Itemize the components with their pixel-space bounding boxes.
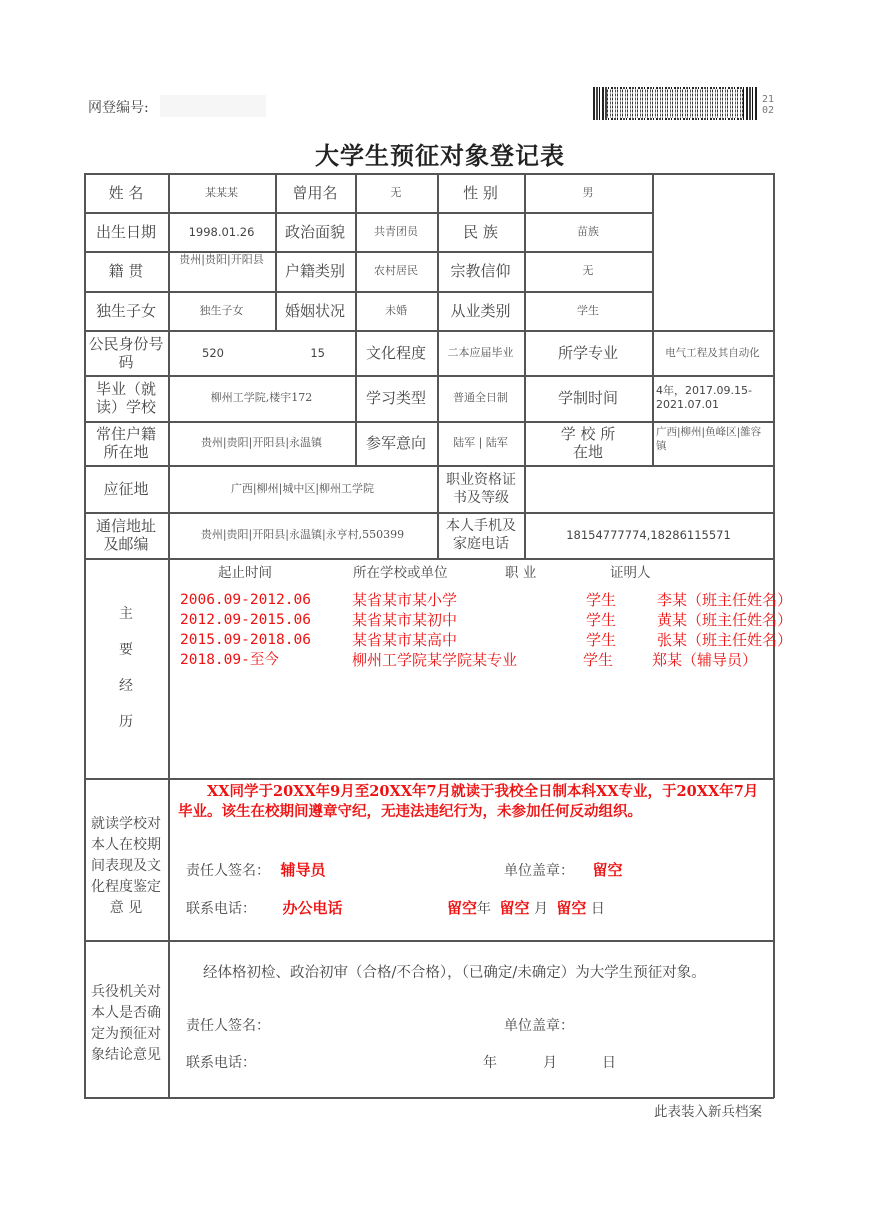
school-month-value: 留空 (499, 899, 529, 917)
school-phone-label: 联系电话： (186, 901, 256, 917)
residence-value: 贵州|贵阳|开阳县|永温镇 (168, 421, 355, 465)
experience-witness: 黄某（班主任姓名） (657, 611, 792, 629)
military-signer-label: 责任人签名： (186, 1015, 270, 1035)
experience-witness: 张某（班主任姓名） (657, 631, 792, 649)
barcode-number-line2: 02 (762, 105, 774, 116)
hukou-type-value: 农村居民 (355, 251, 437, 291)
former-name-value: 无 (355, 173, 437, 212)
study-type-label: 学习类型 (355, 375, 437, 421)
gender-label: 性 别 (437, 173, 524, 212)
hukou-type-label: 户籍类别 (275, 251, 355, 291)
school-month-label: 月 (534, 901, 548, 917)
experience-row: 2018.09-至今 柳州工学院某学院某专业 学生 郑某（辅导员） (0, 651, 880, 669)
residence-label: 常住户籍所在地 (90, 421, 162, 465)
ethnicity-label: 民 族 (437, 212, 524, 251)
ethnicity-value: 苗族 (524, 212, 652, 251)
experience-unit: 柳州工学院某学院某专业 (352, 651, 517, 669)
political-label: 政治面貌 (275, 212, 355, 251)
military-opinion-label: 兵役机关对本人是否确定为预征对象结论意见 (86, 982, 166, 1066)
school-phone-value: 办公电话 (282, 899, 342, 917)
military-opinion-text: 经体格初检、政治初审（合格/不合格），（已确定/未确定）为大学生预征对象。 (203, 961, 706, 982)
experience-unit: 某省某市某初中 (352, 611, 457, 629)
experience-row: 2012.09-2015.06 某省某市某初中 学生 黄某（班主任姓名） (0, 611, 880, 629)
marital-label: 婚姻状况 (275, 291, 355, 330)
school-seal-value: 留空 (592, 861, 622, 879)
enlist-place-value: 广西|柳州|城中区|柳州工学院 (168, 465, 437, 512)
school-day-value: 留空 (556, 899, 586, 917)
military-month-label: 月 (543, 1052, 557, 1072)
experience-job: 学生 (586, 611, 616, 629)
major-value: 电气工程及其自动化 (652, 330, 773, 375)
former-name-label: 曾用名 (275, 173, 355, 212)
school-seal-label: 单位盖章： (504, 863, 574, 879)
political-value: 共青团员 (355, 212, 437, 251)
birth-value: 1998.01.26 (168, 212, 275, 251)
duration-label: 学制时间 (524, 375, 652, 421)
address-value: 贵州|贵阳|开阳县|永温镇|永亨村,550399 (168, 512, 437, 558)
school-date: 留空年 留空 月 留空 日 (447, 897, 605, 918)
school-signer-label: 责任人签名： (186, 863, 270, 879)
occupation-label: 从业类别 (437, 291, 524, 330)
barcode-icon (593, 87, 757, 120)
duration-value: 4年，2017.09.15-2021.07.01 (652, 375, 773, 421)
id-value: 520 15 (168, 330, 355, 375)
name-label: 姓 名 (84, 173, 168, 212)
school-label: 毕业（就读）学校 (90, 375, 162, 421)
education-label: 文化程度 (355, 330, 437, 375)
experience-label-3: 经 (84, 675, 168, 695)
experience-label-4: 历 (84, 711, 168, 731)
school-location-label: 学 校 所在地 (555, 421, 621, 465)
school-phone: 联系电话： 办公电话 (186, 897, 342, 918)
photo-area (652, 173, 773, 330)
gender-value: 男 (524, 173, 652, 212)
experience-period: 2012.09-2015.06 (180, 611, 311, 629)
certificate-label: 职业资格证书及等级 (445, 465, 517, 512)
school-location-value: 广西|柳州|鱼峰区|雒容镇 (652, 421, 773, 465)
experience-period: 2006.09-2012.06 (180, 591, 311, 609)
experience-unit: 某省某市某小学 (352, 591, 457, 609)
experience-header-period: 起止时间 (218, 561, 272, 581)
military-year-label: 年 (483, 1052, 497, 1072)
occupation-value: 学生 (524, 291, 652, 330)
registration-number-label: 网登编号: (88, 97, 149, 117)
intent-value: 陆军 | 陆军 (437, 421, 524, 465)
enlist-place-label: 应征地 (84, 465, 168, 512)
native-place-value: 贵州|贵阳|开阳县 (168, 251, 275, 291)
school-value: 柳州工学院,楼宇172 (168, 375, 355, 421)
school-seal: 单位盖章： 留空 (504, 859, 622, 880)
military-day-label: 日 (602, 1052, 616, 1072)
experience-unit: 某省某市某高中 (352, 631, 457, 649)
id-value-start: 520 (202, 346, 224, 360)
phone-value: 18154777774,18286115571 (524, 512, 773, 558)
only-child-value: 独生子女 (168, 291, 275, 330)
barcode-number: 21 02 (762, 94, 774, 116)
school-day-label: 日 (591, 901, 605, 917)
certificate-value (524, 465, 773, 512)
study-type-value: 普通全日制 (437, 375, 524, 421)
experience-header-unit: 所在学校或单位 (353, 561, 448, 581)
experience-row: 2015.09-2018.06 某省某市某高中 学生 张某（班主任姓名） (0, 631, 880, 649)
religion-value: 无 (524, 251, 652, 291)
marital-value: 未婚 (355, 291, 437, 330)
name-value: 某某某 (168, 173, 275, 212)
address-label: 通信地址及邮编 (90, 512, 162, 558)
school-opinion-text: XX同学于20XX年9月至20XX年7月就读于我校全日制本科XX专业，于20XX… (178, 782, 768, 822)
experience-period: 2015.09-2018.06 (180, 631, 311, 649)
major-label: 所学专业 (524, 330, 652, 375)
experience-header-job: 职 业 (505, 561, 536, 581)
experience-witness: 郑某（辅导员） (652, 651, 757, 669)
military-phone-label: 联系电话： (186, 1052, 256, 1072)
native-place-label: 籍 贯 (84, 251, 168, 291)
school-signer: 责任人签名： 辅导员 (186, 859, 325, 880)
experience-period: 2018.09-至今 (180, 651, 279, 669)
birth-label: 出生日期 (84, 212, 168, 251)
experience-row: 2006.09-2012.06 某省某市某小学 学生 李某（班主任姓名） (0, 591, 880, 609)
only-child-label: 独生子女 (84, 291, 168, 330)
school-signer-value: 辅导员 (280, 861, 325, 879)
intent-label: 参军意向 (355, 421, 437, 465)
registration-number-field[interactable] (160, 95, 266, 117)
school-opinion-label: 就读学校对本人在校期间表现及文化程度鉴定意 见 (86, 814, 166, 919)
experience-job: 学生 (586, 591, 616, 609)
id-label: 公民身份号 码 (88, 330, 164, 375)
footer-note: 此表装入新兵档案 (654, 1100, 762, 1120)
phone-label: 本人手机及家庭电话 (440, 512, 522, 558)
school-year-label: 年 (477, 901, 491, 917)
barcode-number-line1: 21 (762, 94, 774, 105)
religion-label: 宗教信仰 (437, 251, 524, 291)
school-year-value: 留空 (447, 899, 477, 917)
experience-witness: 李某（班主任姓名） (657, 591, 792, 609)
experience-header-witness: 证明人 (610, 561, 651, 581)
military-seal-label: 单位盖章： (504, 1015, 574, 1035)
id-value-end: 15 (310, 346, 325, 360)
page-title: 大学生预征对象登记表 (0, 136, 880, 171)
experience-job: 学生 (583, 651, 613, 669)
education-value: 二本应届毕业 (437, 330, 524, 375)
experience-job: 学生 (586, 631, 616, 649)
